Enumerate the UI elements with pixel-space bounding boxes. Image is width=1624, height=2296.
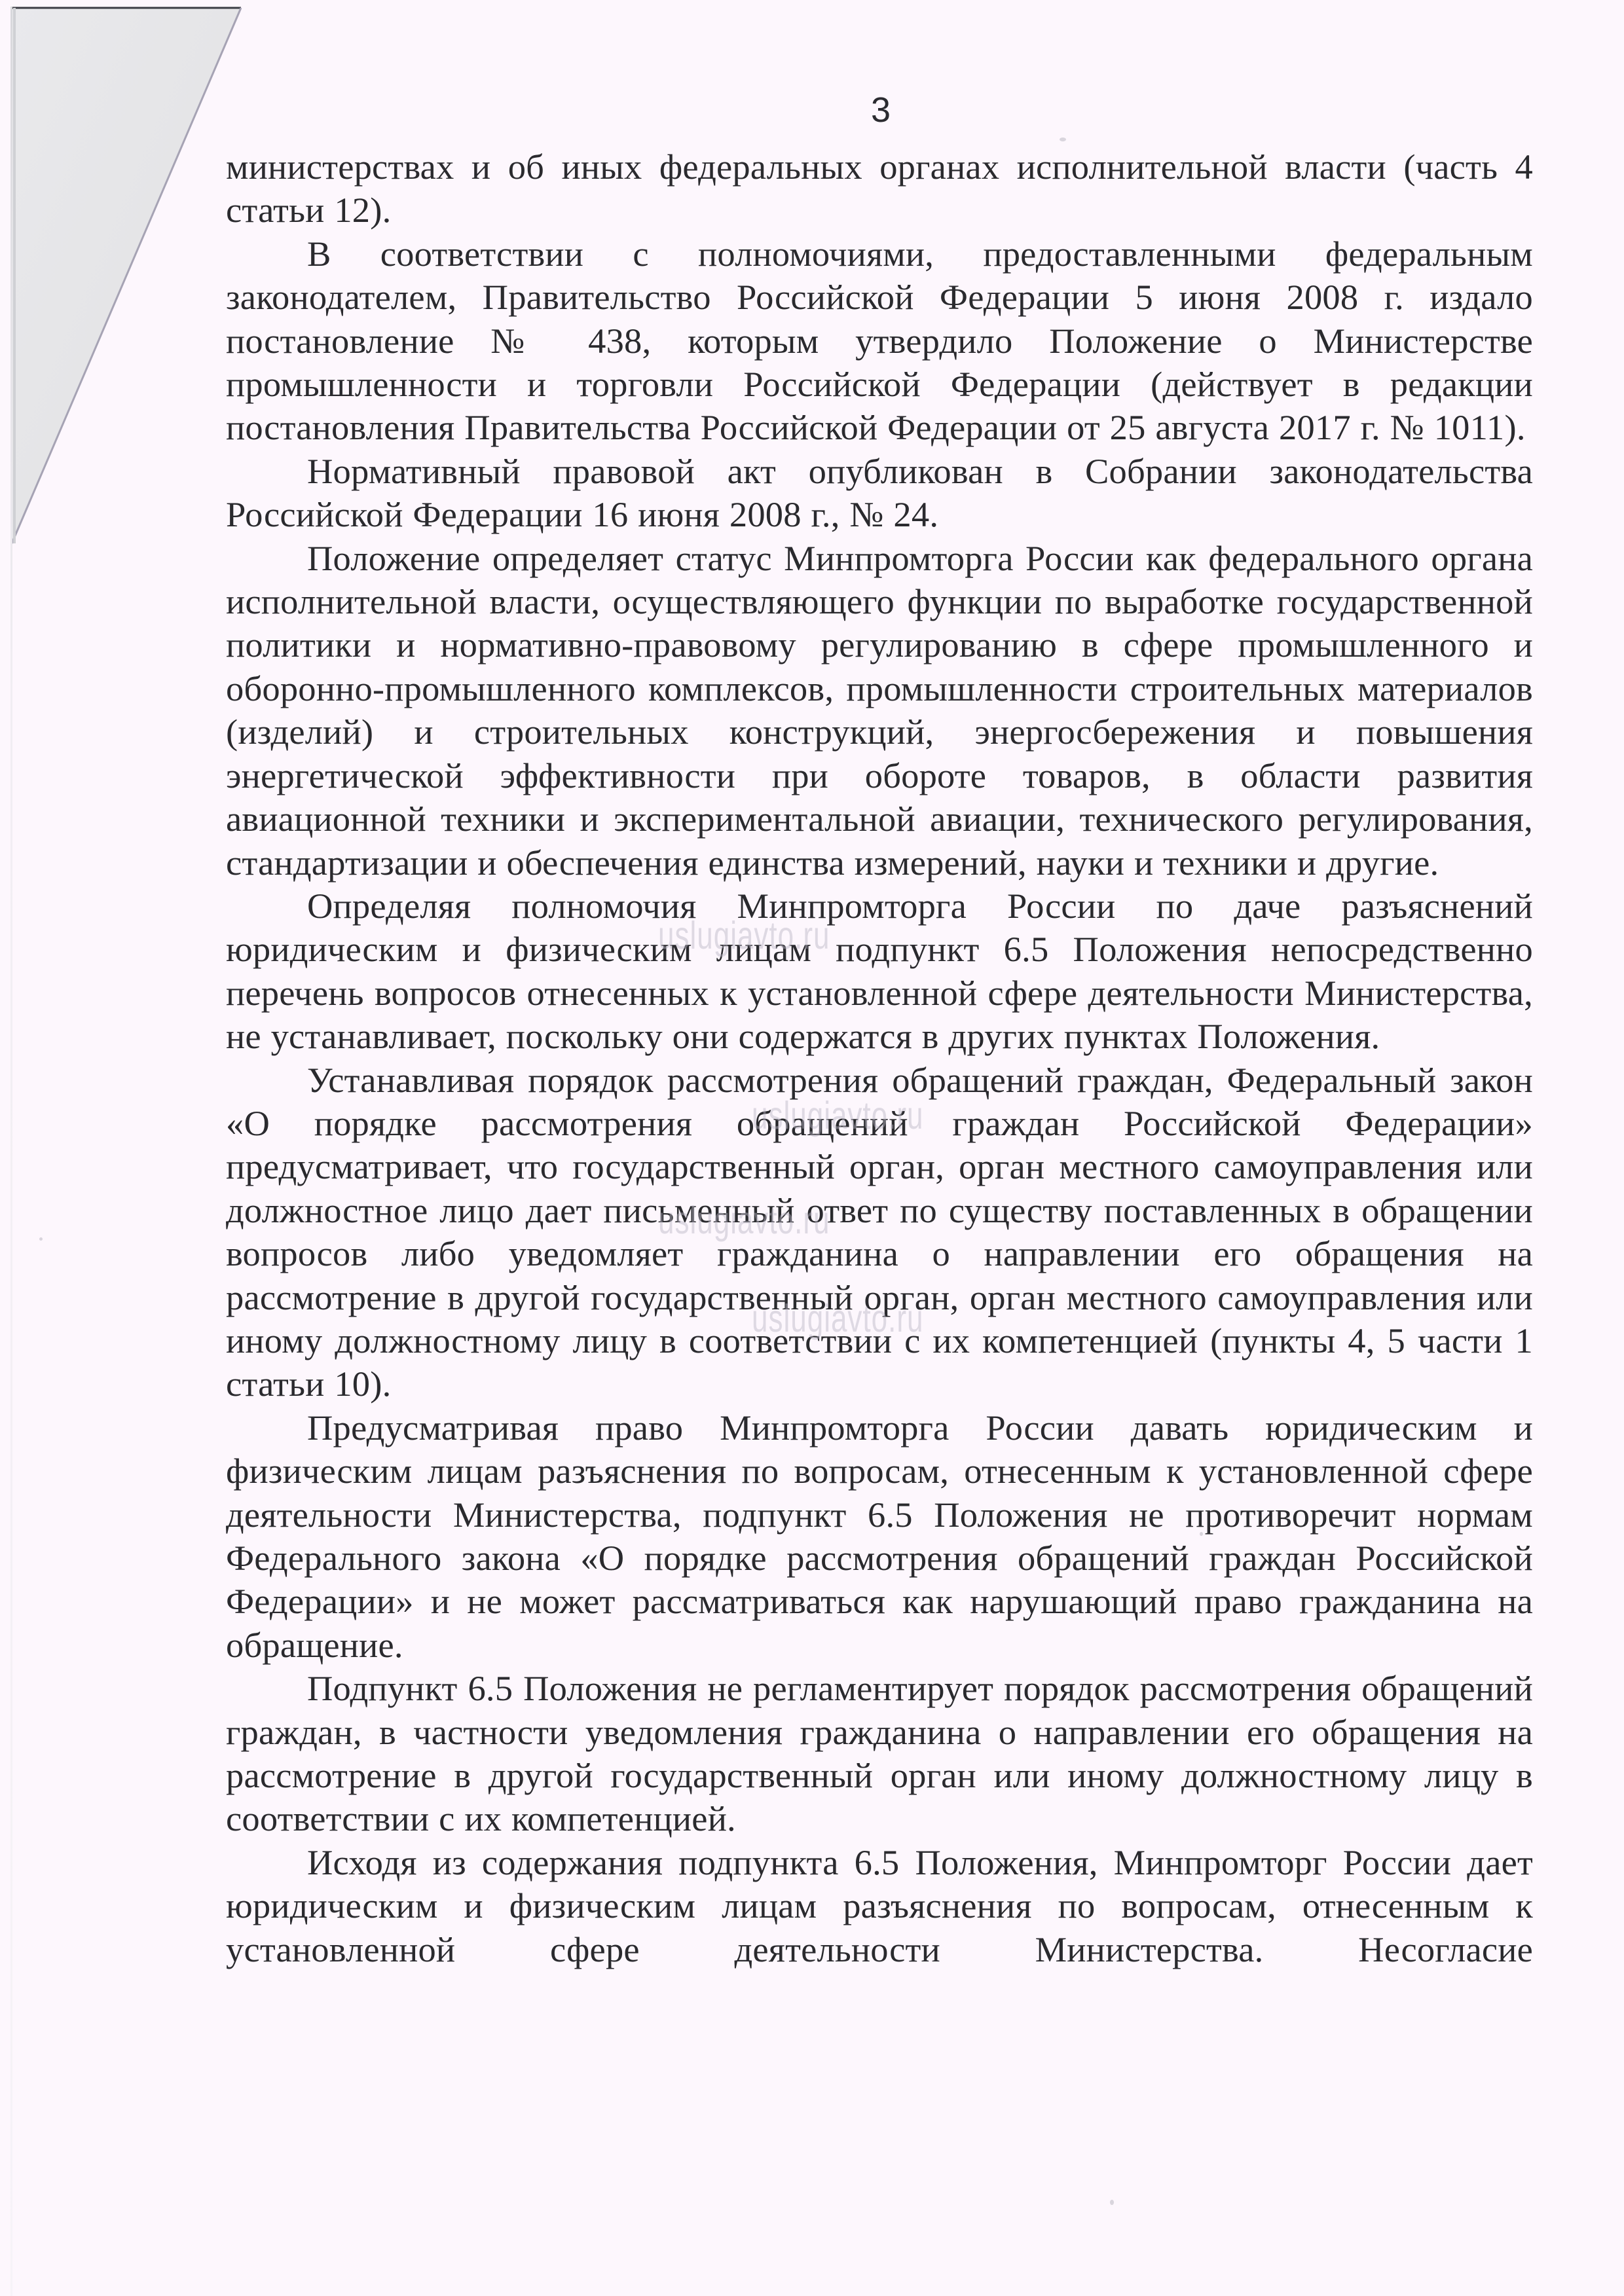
- paragraph-conclusion-cut: Исходя из содержания подпункта 6.5 Полож…: [226, 1841, 1533, 1971]
- paragraph-continuation: министерствах и об иных федеральных орга…: [226, 145, 1533, 232]
- paragraph-publication: Нормативный правовой акт опубликован в С…: [226, 450, 1533, 537]
- scan-speck: [39, 1237, 43, 1241]
- paragraph-not-regulating: Подпункт 6.5 Положения не регламентирует…: [226, 1667, 1533, 1841]
- paragraph-no-contradiction: Предусматривая право Минпромторга России…: [226, 1406, 1533, 1667]
- paragraph-clarification-powers: Определяя полномочия Минпромторга России…: [226, 884, 1533, 1059]
- scan-speck: [1200, 1532, 1203, 1536]
- document-body: министерствах и об иных федеральных орга…: [226, 145, 1533, 1971]
- scan-speck: [1110, 2200, 1114, 2205]
- paragraph-federal-law: Устанавливая порядок рассмотрения обраще…: [226, 1059, 1533, 1406]
- paragraph-government-resolution: В соответствии с полномочиями, предостав…: [226, 232, 1533, 450]
- scan-speck: [1060, 137, 1066, 141]
- folded-corner-shadow: [0, 0, 249, 550]
- scan-left-edge: [10, 7, 12, 2296]
- page-number: 3: [864, 90, 897, 130]
- paragraph-status-definition: Положение определяет статус Минпромторга…: [226, 537, 1533, 884]
